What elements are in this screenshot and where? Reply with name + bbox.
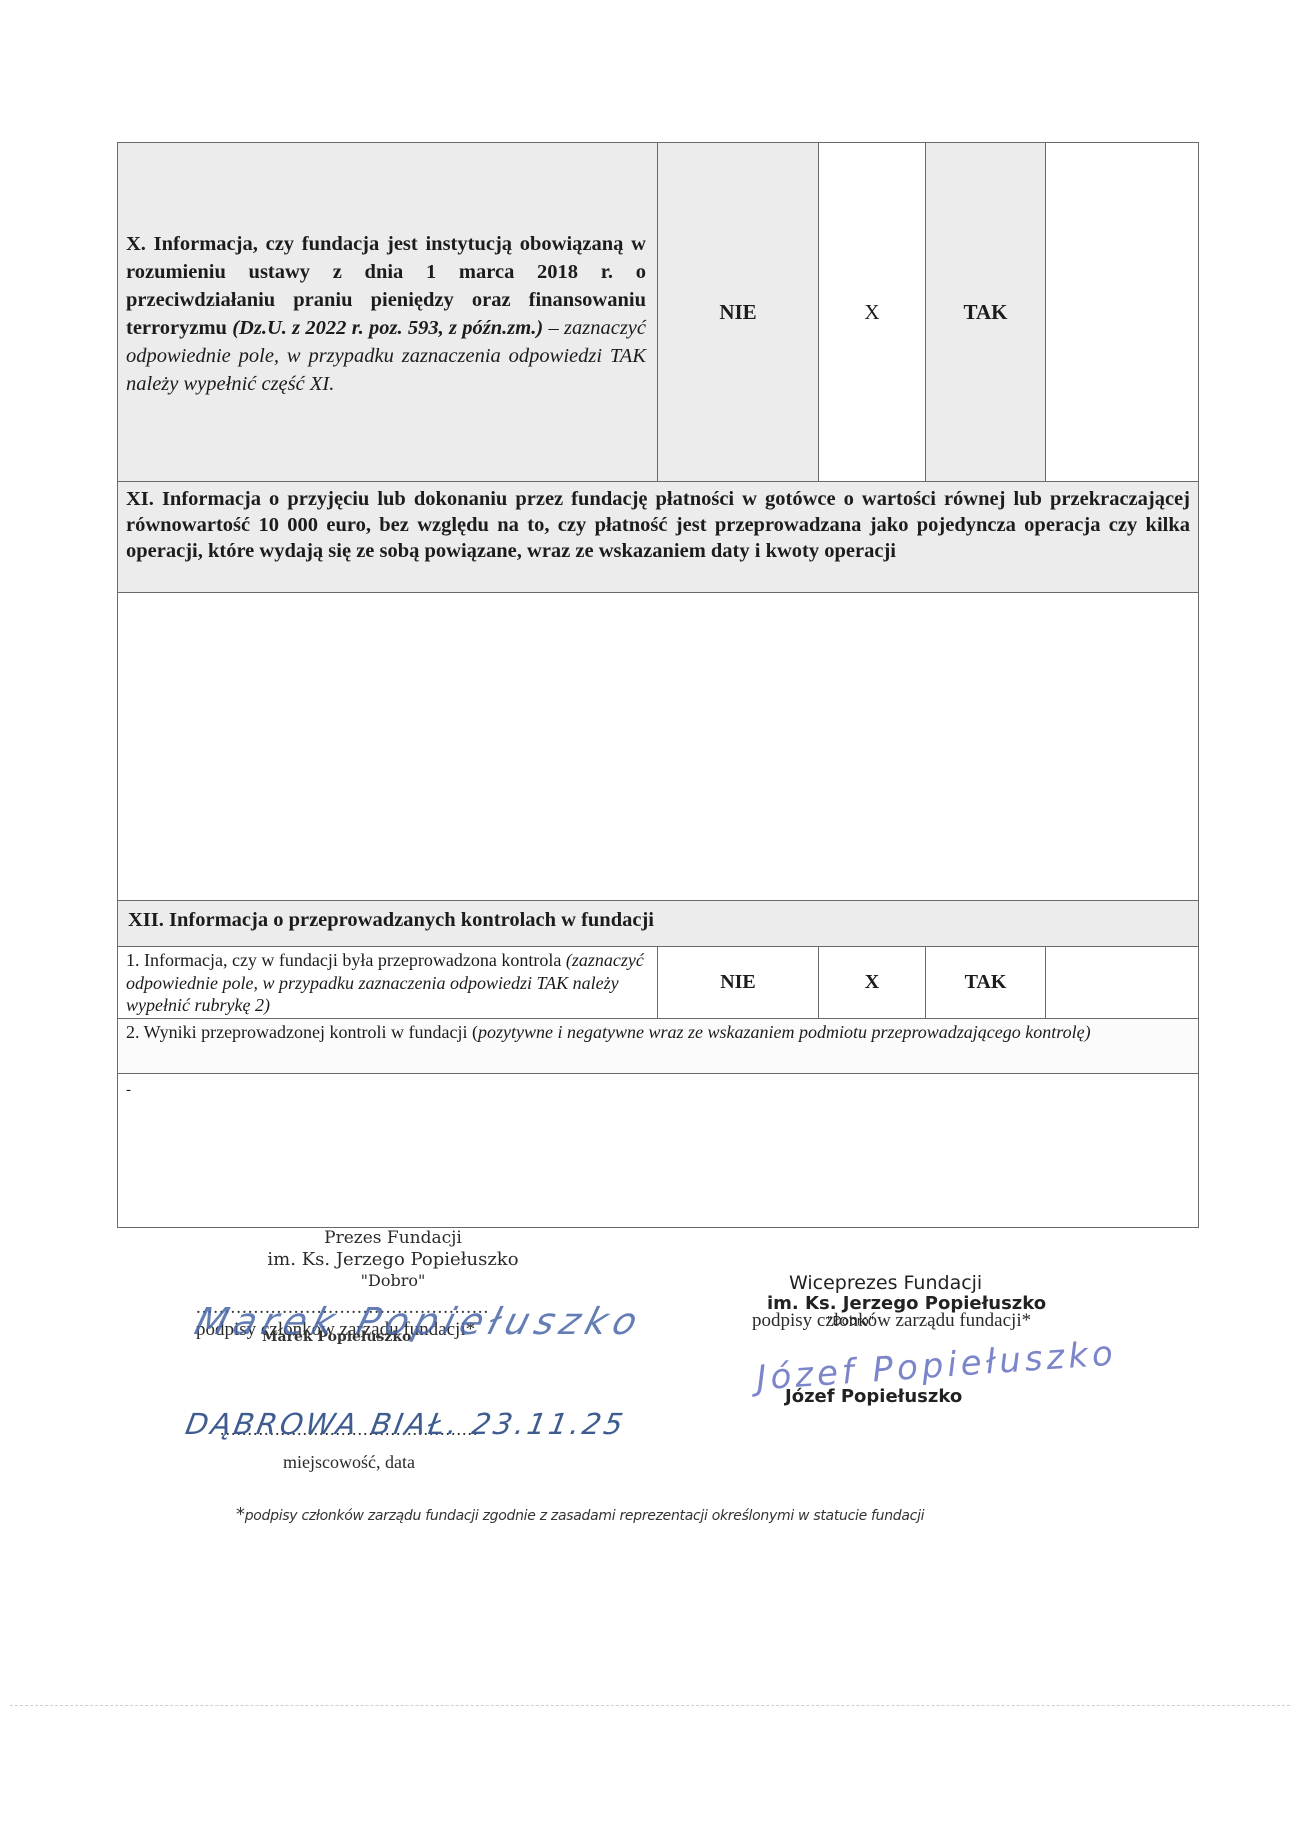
section-xii-question-2-text: 2. Wyniki przeprowadzonej kontroli w fun… xyxy=(126,1022,478,1042)
section-xii-question-1-text: 1. Informacja, czy w fundacji była przep… xyxy=(126,950,566,970)
section-x-option-no-label: NIE xyxy=(719,300,756,325)
section-x-no-checkbox[interactable]: X xyxy=(819,143,926,481)
section-xii-heading: XII. Informacja o przeprowadzanych kontr… xyxy=(128,909,654,938)
section-xii-option-yes-cell: TAK xyxy=(926,947,1046,1018)
section-xii-question-1-cell: 1. Informacja, czy w fundacji była przep… xyxy=(118,947,658,1018)
section-xii-answer: - xyxy=(126,1082,131,1219)
section-xii-no-mark: X xyxy=(865,971,879,994)
section-x-option-yes-cell: TAK xyxy=(926,143,1046,481)
section-xii-no-checkbox[interactable]: X xyxy=(819,947,926,1018)
section-x-question: X. Informacja, czy fundacja jest instytu… xyxy=(126,230,646,398)
president-stamp-title: Prezes Fundacji xyxy=(228,1228,558,1249)
president-handwritten-signature: Marek Popiełuszko xyxy=(190,1300,648,1343)
vice-president-stamp-title: Wiceprezes Fundacji xyxy=(789,1272,1046,1294)
footnote-asterisk: * xyxy=(236,1504,245,1525)
section-x-row: X. Informacja, czy fundacja jest instytu… xyxy=(118,143,1198,482)
section-xii-yes-checkbox[interactable] xyxy=(1046,947,1198,1018)
president-stamp-org-name: "Dobro" xyxy=(228,1271,558,1290)
section-xii-option-no-cell: NIE xyxy=(658,947,819,1018)
section-x-question-cell: X. Informacja, czy fundacja jest instytu… xyxy=(118,143,658,481)
section-xii-question-1: 1. Informacja, czy w fundacji była przep… xyxy=(126,949,649,1017)
section-x-no-mark: X xyxy=(864,300,879,325)
section-x-legal-reference: (Dz.U. z 2022 r. poz. 593, z późn.zm.) xyxy=(232,317,543,339)
scan-artifact-line xyxy=(10,1705,1290,1706)
president-stamp-org: im. Ks. Jerzego Popiełuszko xyxy=(228,1249,558,1271)
section-xii-question-1-row: 1. Informacja, czy w fundacji była przep… xyxy=(118,947,1198,1019)
section-xi-heading: XI. Informacja o przyjęciu lub dokonaniu… xyxy=(126,486,1190,588)
section-xii-heading-row: XII. Informacja o przeprowadzanych kontr… xyxy=(118,901,1198,947)
section-xii-question-2: 2. Wyniki przeprowadzonej kontroli w fun… xyxy=(126,1021,1091,1071)
section-xii-option-no-label: NIE xyxy=(720,971,756,994)
section-xii-question-2-row: 2. Wyniki przeprowadzonej kontroli w fun… xyxy=(118,1019,1198,1074)
vice-president-signature-caption: podpisy członków zarządu fundacji* xyxy=(752,1310,1031,1332)
section-xi-answer-field[interactable] xyxy=(118,593,1198,901)
section-x-option-yes-label: TAK xyxy=(964,300,1008,325)
section-xii-option-yes-label: TAK xyxy=(965,971,1007,994)
section-xii-question-2-instruction: pozytywne i negatywne wraz ze wskazaniem… xyxy=(478,1022,1091,1042)
section-xii-answer-field[interactable]: - xyxy=(118,1074,1198,1227)
financial-report-form-table: X. Informacja, czy fundacja jest instytu… xyxy=(117,142,1199,1228)
section-x-option-no-cell: NIE xyxy=(658,143,819,481)
section-x-yes-checkbox[interactable] xyxy=(1046,143,1198,481)
footnote-text: podpisy członków zarządu fundacji zgodni… xyxy=(245,1508,925,1524)
section-xi-heading-row: XI. Informacja o przyjęciu lub dokonaniu… xyxy=(118,482,1198,593)
place-date-handwritten: DĄBROWA BIAŁ. 23.11.25 xyxy=(183,1407,628,1441)
signatures-footnote: *podpisy członków zarządu fundacji zgodn… xyxy=(236,1504,924,1525)
place-date-label: miejscowość, data xyxy=(283,1452,415,1473)
president-stamp: Prezes Fundacji im. Ks. Jerzego Popiełus… xyxy=(228,1228,558,1290)
